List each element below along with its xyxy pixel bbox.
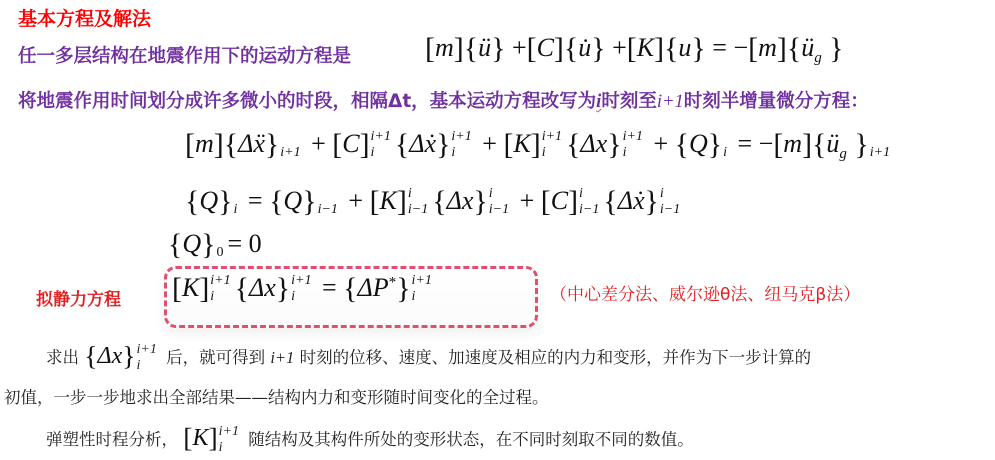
motion-equation-intro: 任一多层结构在地震作用下的运动方程是 (18, 42, 351, 68)
paragraph-elastoplastic: 弹塑性时程分析， [K]i+1i 随结构及其构件所处的变形状态，在不同时刻取不同… (46, 422, 694, 457)
incremental-equation: [m]{Δẍ}i+1 + [C]i+1i{Δẋ}i+1i + [K]i+1i{Δ… (185, 128, 894, 163)
motion-equation: [m]{ü} +[C]{u̇} +[K]{u} = −[m]{üg } (425, 32, 844, 67)
paragraph-solve-result: 求出 {Δx}i+1i 后，就可得到 i+1 时刻的位移、速度、加速度及相应的内… (46, 340, 811, 375)
incremental-equation-intro: 将地震作用时间划分成许多微小的时段，相隔Δt，基本运动方程改写为i时刻至i+1时… (18, 87, 869, 113)
q-initial-equation: {Q}0= 0 (168, 228, 262, 262)
q-recursion-equation: {Q}i = {Q}i−1 + [K]ii−1{Δx}ii−1 + [C]ii−… (185, 185, 684, 219)
pseudo-static-equation: [K]i+1i{Δx}i+1i = {ΔP*}i+1i (172, 272, 436, 306)
solution-methods-note: （中心差分法、威尔逊θ法、纽马克β法） (550, 280, 860, 305)
paragraph-step-by-step: 初值，一步一步地求出全部结果——结构内力和变形随时间变化的全过程。 (4, 384, 549, 408)
pseudo-static-label: 拟静力方程 (36, 285, 121, 310)
section-title: 基本方程及解法 (18, 4, 151, 31)
